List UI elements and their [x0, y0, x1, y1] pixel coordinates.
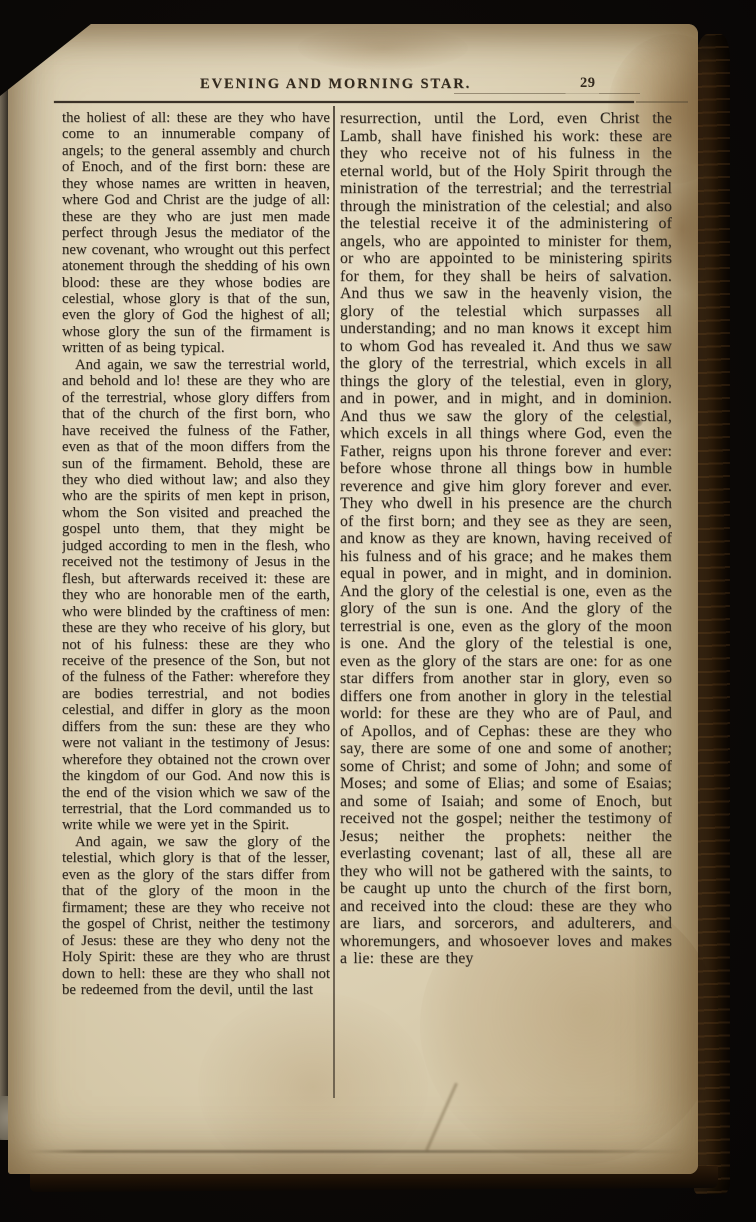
page-number: 29 [580, 75, 596, 92]
paragraph: the holiest of all: these are they who h… [62, 110, 330, 357]
stain [298, 26, 468, 70]
left-column: the holiest of all: these are they who h… [62, 110, 330, 1110]
book-page: EVENING AND MORNING STAR. 29 the holiest… [8, 24, 698, 1174]
book-spine-edge [694, 34, 730, 1194]
spine-leather-texture [694, 34, 730, 1194]
masthead-title: EVENING AND MORNING STAR. [200, 76, 471, 93]
paragraph: resurrection, until the Lord, even Chris… [340, 110, 672, 968]
header-rule-extension [636, 101, 688, 103]
paper-crease [26, 1150, 684, 1153]
paragraph: And again, we saw the glory of the teles… [62, 834, 330, 999]
right-column: resurrection, until the Lord, even Chris… [340, 110, 672, 1110]
header-rule [54, 101, 634, 103]
photo-background: EVENING AND MORNING STAR. 29 the holiest… [0, 0, 756, 1222]
paragraph: And again, we saw the terrestrial world,… [62, 357, 330, 834]
column-divider [333, 106, 335, 1098]
header-rule-thin [454, 93, 640, 94]
